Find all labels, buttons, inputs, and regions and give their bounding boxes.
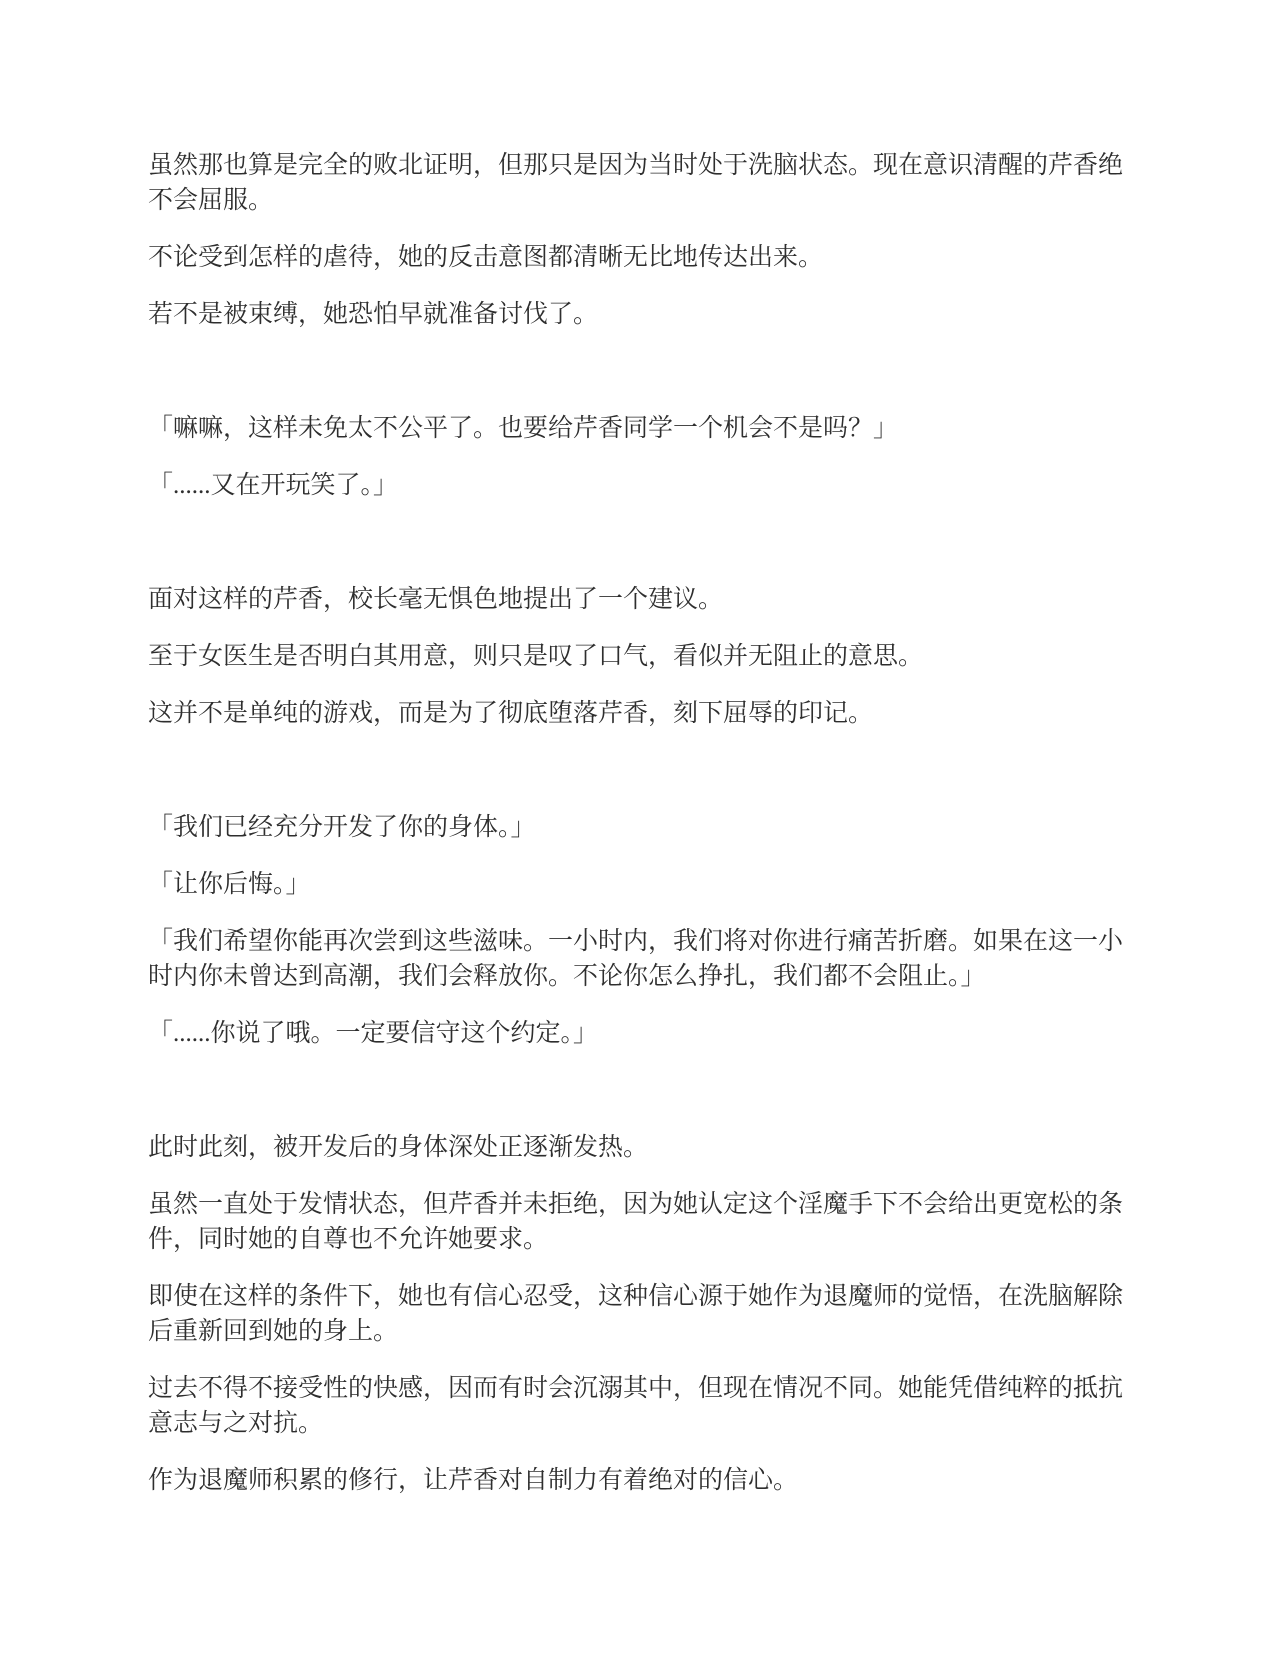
paragraph: 若不是被束缚，她恐怕早就准备讨伐了。 (148, 297, 1143, 332)
paragraph-gap (148, 354, 1143, 411)
paragraph: 过去不得不接受性的快感，因而有时会沉溺其中，但现在情况不同。她能凭借纯粹的抵抗意… (148, 1371, 1143, 1441)
document-text-body: 虽然那也算是完全的败北证明，但那只是因为当时处于洗脑状态。现在意识清醒的芹香绝不… (148, 148, 1143, 1520)
paragraph: 即使在这样的条件下，她也有信心忍受，这种信心源于她作为退魔师的觉悟，在洗脑解除后… (148, 1279, 1143, 1349)
paragraph: 「......你说了哦。一定要信守这个约定。」 (148, 1016, 1143, 1051)
paragraph-gap (148, 1073, 1143, 1130)
paragraph: 「我们已经充分开发了你的身体。」 (148, 810, 1143, 845)
paragraph: 这并不是单纯的游戏，而是为了彻底堕落芹香，刻下屈辱的印记。 (148, 696, 1143, 731)
paragraph: 「让你后悔。」 (148, 867, 1143, 902)
paragraph: 此时此刻，被开发后的身体深处正逐渐发热。 (148, 1130, 1143, 1165)
paragraph-gap (148, 753, 1143, 810)
paragraph: 不论受到怎样的虐待，她的反击意图都清晰无比地传达出来。 (148, 240, 1143, 275)
paragraph-gap (148, 525, 1143, 582)
paragraph: 「嘛嘛，这样未免太不公平了。也要给芹香同学一个机会不是吗？」 (148, 411, 1143, 446)
paragraph: 作为退魔师积累的修行，让芹香对自制力有着绝对的信心。 (148, 1463, 1143, 1498)
paragraph: 「我们希望你能再次尝到这些滋味。一小时内，我们将对你进行痛苦折磨。如果在这一小时… (148, 924, 1143, 994)
document-page: 虽然那也算是完全的败北证明，但那只是因为当时处于洗脑状态。现在意识清醒的芹香绝不… (0, 0, 1280, 1656)
paragraph: 「......又在开玩笑了。」 (148, 468, 1143, 503)
paragraph: 虽然一直处于发情状态，但芹香并未拒绝，因为她认定这个淫魔手下不会给出更宽松的条件… (148, 1187, 1143, 1257)
paragraph: 面对这样的芹香，校长毫无惧色地提出了一个建议。 (148, 582, 1143, 617)
paragraph: 至于女医生是否明白其用意，则只是叹了口气，看似并无阻止的意思。 (148, 639, 1143, 674)
paragraph: 虽然那也算是完全的败北证明，但那只是因为当时处于洗脑状态。现在意识清醒的芹香绝不… (148, 148, 1143, 218)
